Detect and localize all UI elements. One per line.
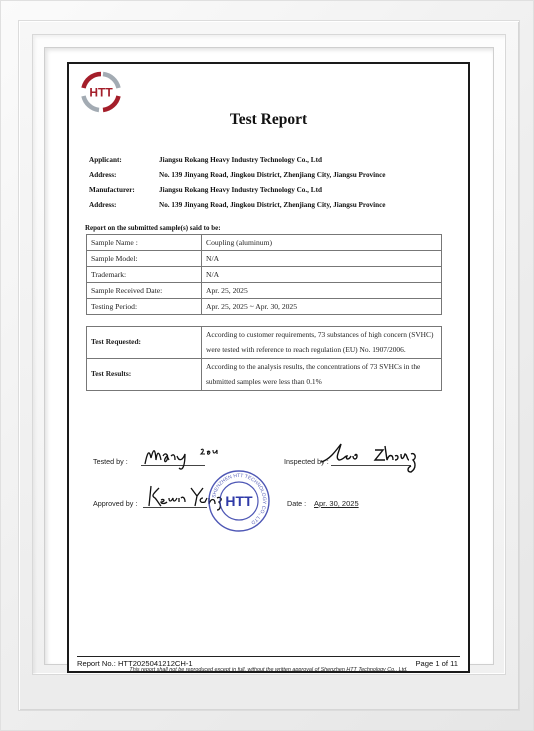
applicant-address-value: No. 139 Jinyang Road, Jingkou District, … — [159, 168, 459, 183]
inspected-by-signature: Leo Zheng — [319, 438, 429, 474]
sample-section-heading: Report on the submitted sample(s) said t… — [85, 224, 221, 232]
footer-disclaimer: This report shall not be reproduced exce… — [69, 667, 468, 673]
footer-divider — [77, 656, 460, 657]
manufacturer-address-row: Address: No. 139 Jinyang Road, Jingkou D… — [89, 198, 459, 213]
manufacturer-label: Manufacturer: — [89, 183, 159, 198]
table-row: Sample Model: N/A — [87, 251, 442, 267]
trademark-value: N/A — [202, 267, 442, 283]
applicant-value: Jiangsu Rokang Heavy Industry Technology… — [159, 153, 459, 168]
table-row: Testing Period: Apr. 25, 2025 ~ Apr. 30,… — [87, 299, 442, 315]
sample-name-value: Coupling (aluminum) — [202, 235, 442, 251]
sample-model-value: N/A — [202, 251, 442, 267]
date-label: Date : — [287, 499, 306, 508]
table-row: Sample Received Date: Apr. 25, 2025 — [87, 283, 442, 299]
table-row: Sample Name : Coupling (aluminum) — [87, 235, 442, 251]
applicant-address-label: Address: — [89, 168, 159, 183]
table-row: Test Requested: According to customer re… — [87, 327, 442, 359]
testing-period-value: Apr. 25, 2025 ~ Apr. 30, 2025 — [202, 299, 442, 315]
table-row: Test Results: According to the analysis … — [87, 359, 442, 391]
manufacturer-address-value: No. 139 Jinyang Road, Jingkou District, … — [159, 198, 459, 213]
sample-model-label: Sample Model: — [87, 251, 202, 267]
manufacturer-value: Jiangsu Rokang Heavy Industry Technology… — [159, 183, 459, 198]
tested-by-signature: Mary Zou — [143, 442, 233, 472]
tested-by-label: Tested by : — [93, 457, 128, 466]
manufacturer-row: Manufacturer: Jiangsu Rokang Heavy Indus… — [89, 183, 459, 198]
svg-text:HTT: HTT — [225, 493, 253, 509]
sample-name-label: Sample Name : — [87, 235, 202, 251]
test-requested-value: According to customer requirements, 73 s… — [202, 327, 442, 359]
applicant-address-row: Address: No. 139 Jinyang Road, Jingkou D… — [89, 168, 459, 183]
document-title: Test Report — [69, 111, 468, 129]
received-date-label: Sample Received Date: — [87, 283, 202, 299]
report-page: HTT Test Report Applicant: Jiangsu Rokan… — [67, 62, 470, 673]
test-table: Test Requested: According to customer re… — [86, 326, 442, 391]
test-results-label: Test Results: — [87, 359, 202, 391]
received-date-value: Apr. 25, 2025 — [202, 283, 442, 299]
test-requested-label: Test Requested: — [87, 327, 202, 359]
applicant-row: Applicant: Jiangsu Rokang Heavy Industry… — [89, 153, 459, 168]
testing-period-label: Testing Period: — [87, 299, 202, 315]
party-info: Applicant: Jiangsu Rokang Heavy Industry… — [89, 153, 459, 213]
company-seal-stamp: SHENZHEN HTT TECHNOLOGY CO., LTD HTT — [207, 469, 271, 533]
sample-table: Sample Name : Coupling (aluminum) Sample… — [86, 234, 442, 315]
approved-by-label: Approved by : — [93, 499, 137, 508]
date-value: Apr. 30, 2025 — [314, 499, 359, 508]
applicant-label: Applicant: — [89, 153, 159, 168]
htt-logo-icon: HTT — [79, 70, 123, 114]
table-row: Trademark: N/A — [87, 267, 442, 283]
test-results-value: According to the analysis results, the c… — [202, 359, 442, 391]
svg-text:HTT: HTT — [89, 86, 113, 100]
manufacturer-address-label: Address: — [89, 198, 159, 213]
trademark-label: Trademark: — [87, 267, 202, 283]
